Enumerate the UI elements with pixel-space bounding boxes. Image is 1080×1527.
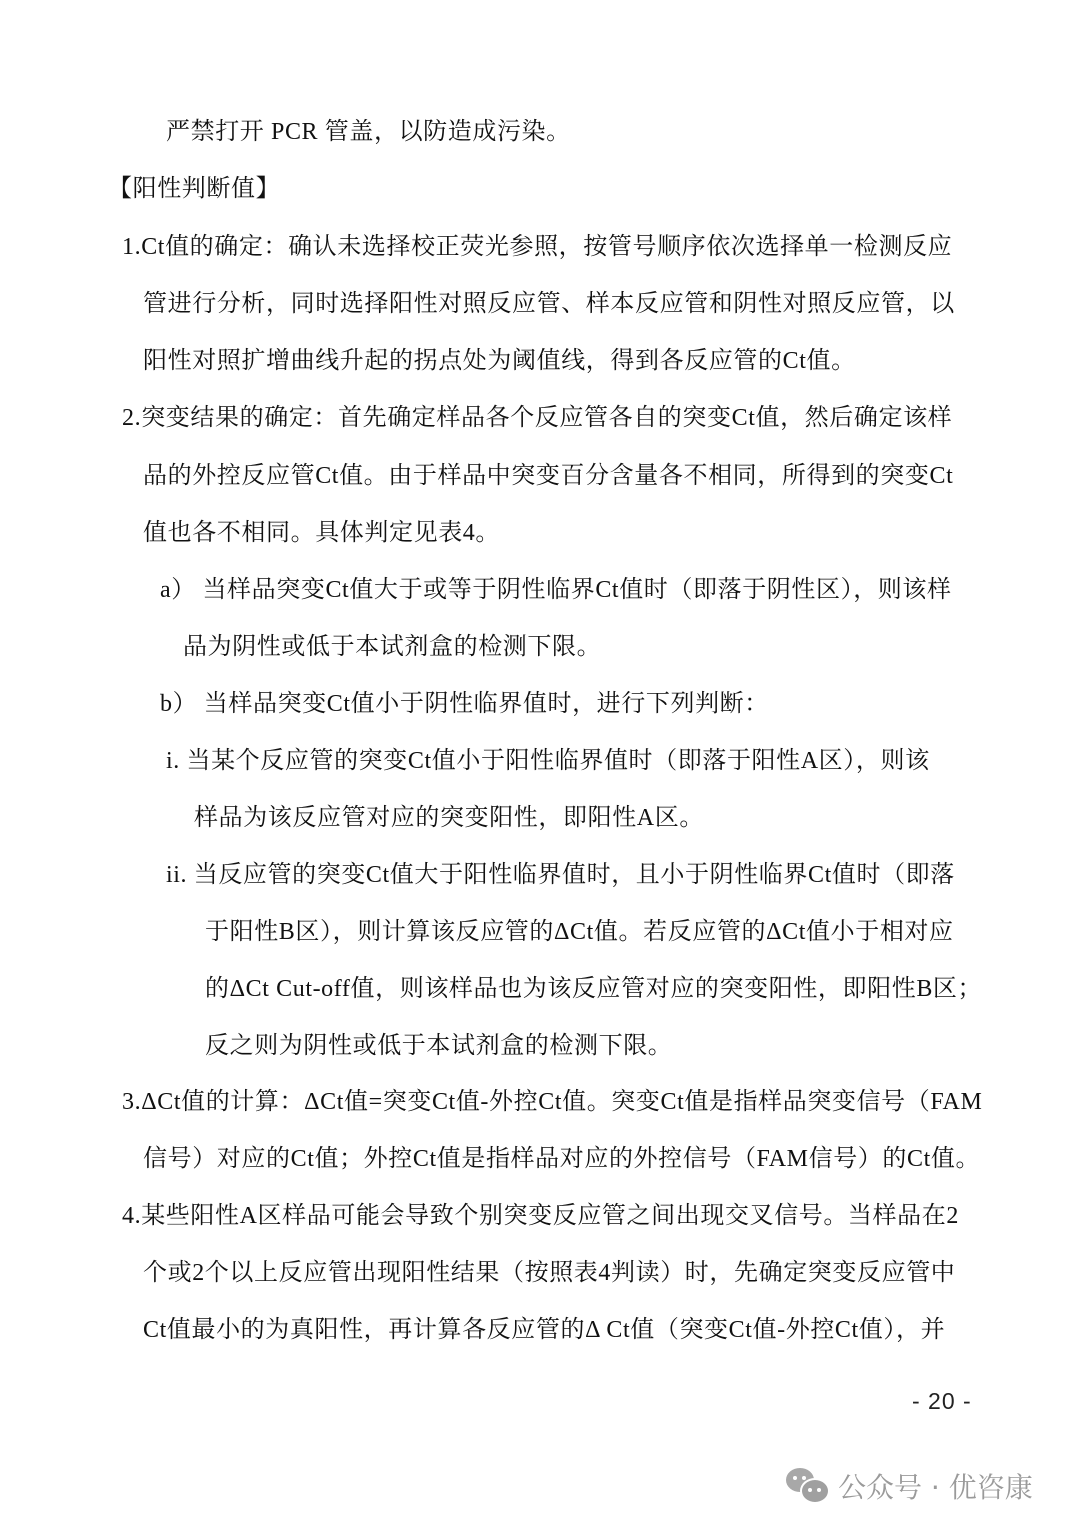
section-heading: 【阳性判断值】 [108, 174, 280, 204]
text-line: 管进行分析，同时选择阳性对照反应管、样本反应管和阴性对照反应管，以 [143, 289, 955, 319]
text-line: 1.Ct值的确定：确认未选择校正荧光参照，按管号顺序依次选择单一检测反应 [122, 232, 952, 262]
text-line: 4.某些阳性A区样品可能会导致个别突变反应管之间出现交叉信号。当样品在2 [122, 1201, 959, 1231]
text-line: 反之则为阴性或低于本试剂盒的检测下限。 [205, 1031, 672, 1061]
text-line: 严禁打开 PCR 管盖，以防造成污染。 [166, 117, 571, 147]
text-line: b） 当样品突变Ct值小于阴性临界值时，进行下列判断： [160, 689, 769, 719]
text-line: 值也各不相同。具体判定见表4。 [143, 518, 500, 548]
text-line: 品的外控反应管Ct值。由于样品中突变百分含量各不相同，所得到的突变Ct [143, 461, 953, 491]
text-line: 品为阴性或低于本试剂盒的检测下限。 [183, 632, 601, 662]
text-line: 信号）对应的Ct值；外控Ct值是指样品对应的外控信号（FAM信号）的Ct值。 [143, 1144, 980, 1174]
watermark: 公众号 · 优咨康 [786, 1466, 1033, 1506]
text-line: a） 当样品突变Ct值大于或等于阴性临界Ct值时（即落于阴性区），则该样 [160, 575, 952, 605]
text-line: 的ΔCt Cut-off值，则该样品也为该反应管对应的突变阳性，即阳性B区； [205, 974, 982, 1004]
wechat-icon [786, 1468, 830, 1504]
page-number: - 20 - [912, 1388, 972, 1415]
text-line: 3.ΔCt值的计算：ΔCt值=突变Ct值-外控Ct值。突变Ct值是指样品突变信号… [122, 1087, 982, 1117]
text-line: ii. 当反应管的突变Ct值大于阳性临界值时，且小于阴性临界Ct值时（即落 [166, 860, 955, 890]
text-line: 于阳性B区），则计算该反应管的ΔCt值。若反应管的ΔCt值小于相对应 [205, 917, 954, 947]
watermark-text: 公众号 · 优咨康 [838, 1466, 1033, 1506]
text-line: i. 当某个反应管的突变Ct值小于阳性临界值时（即落于阳性A区），则该 [166, 746, 930, 776]
text-line: 个或2个以上反应管出现阳性结果（按照表4判读）时，先确定突变反应管中 [143, 1258, 955, 1288]
text-line: 2.突变结果的确定：首先确定样品各个反应管各自的突变Ct值，然后确定该样 [122, 403, 952, 433]
text-line: 样品为该反应管对应的突变阳性，即阳性A区。 [194, 803, 704, 833]
text-line: 阳性对照扩增曲线升起的拐点处为阈值线，得到各反应管的Ct值。 [143, 346, 856, 376]
text-line: Ct值最小的为真阳性，再计算各反应管的Δ Ct值（突变Ct值-外控Ct值），并 [143, 1315, 945, 1345]
